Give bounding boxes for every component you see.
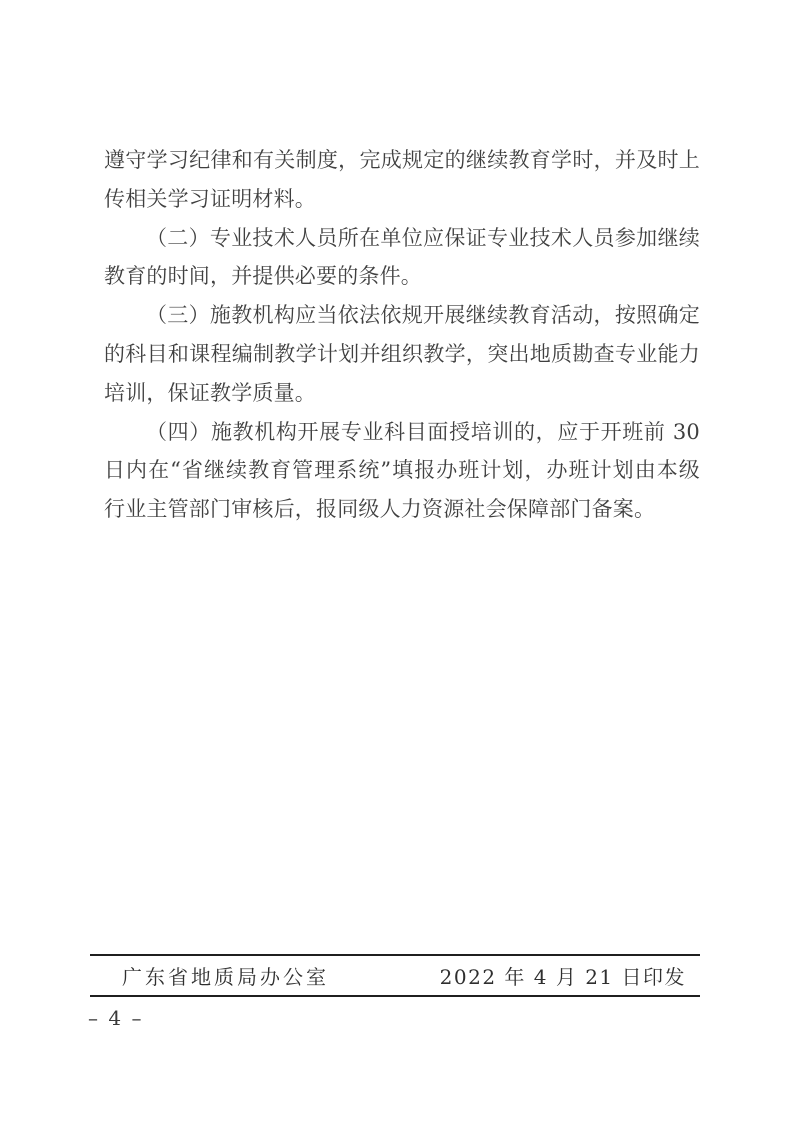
- body-line: 日内在“省继续教育管理系统”填报办班计划，办班计划由本级: [104, 451, 700, 490]
- colophon: 广东省地质局办公室 2022 年 4 月 21 日印发: [90, 956, 700, 995]
- document-page: 遵守学习纪律和有关制度，完成规定的继续教育学时，并及时上 传相关学习证明材料。 …: [0, 0, 800, 1131]
- body-line: 培训，保证教学质量。: [104, 374, 700, 413]
- body-line: 遵守学习纪律和有关制度，完成规定的继续教育学时，并及时上: [104, 141, 700, 180]
- page-number: – 4 –: [88, 1006, 143, 1030]
- issuing-office: 广东省地质局办公室: [122, 961, 329, 990]
- print-date: 2022 年 4 月 21 日印发: [440, 961, 686, 990]
- body-line: 教育的时间，并提供必要的条件。: [104, 257, 700, 296]
- body-line: （三）施教机构应当依法依规开展继续教育活动，按照确定: [104, 296, 700, 335]
- body-line: 的科目和课程编制教学计划并组织教学，突出地质勘查专业能力: [104, 335, 700, 374]
- body-line: 传相关学习证明材料。: [104, 180, 700, 219]
- document-body: 遵守学习纪律和有关制度，完成规定的继续教育学时，并及时上 传相关学习证明材料。 …: [104, 141, 700, 529]
- body-line: （二）专业技术人员所在单位应保证专业技术人员参加继续: [104, 219, 700, 258]
- footer-rule-bottom: [90, 995, 700, 997]
- body-line: （四）施教机构开展专业科目面授培训的，应于开班前 30: [104, 413, 700, 452]
- body-line: 行业主管部门审核后，报同级人力资源社会保障部门备案。: [104, 490, 700, 529]
